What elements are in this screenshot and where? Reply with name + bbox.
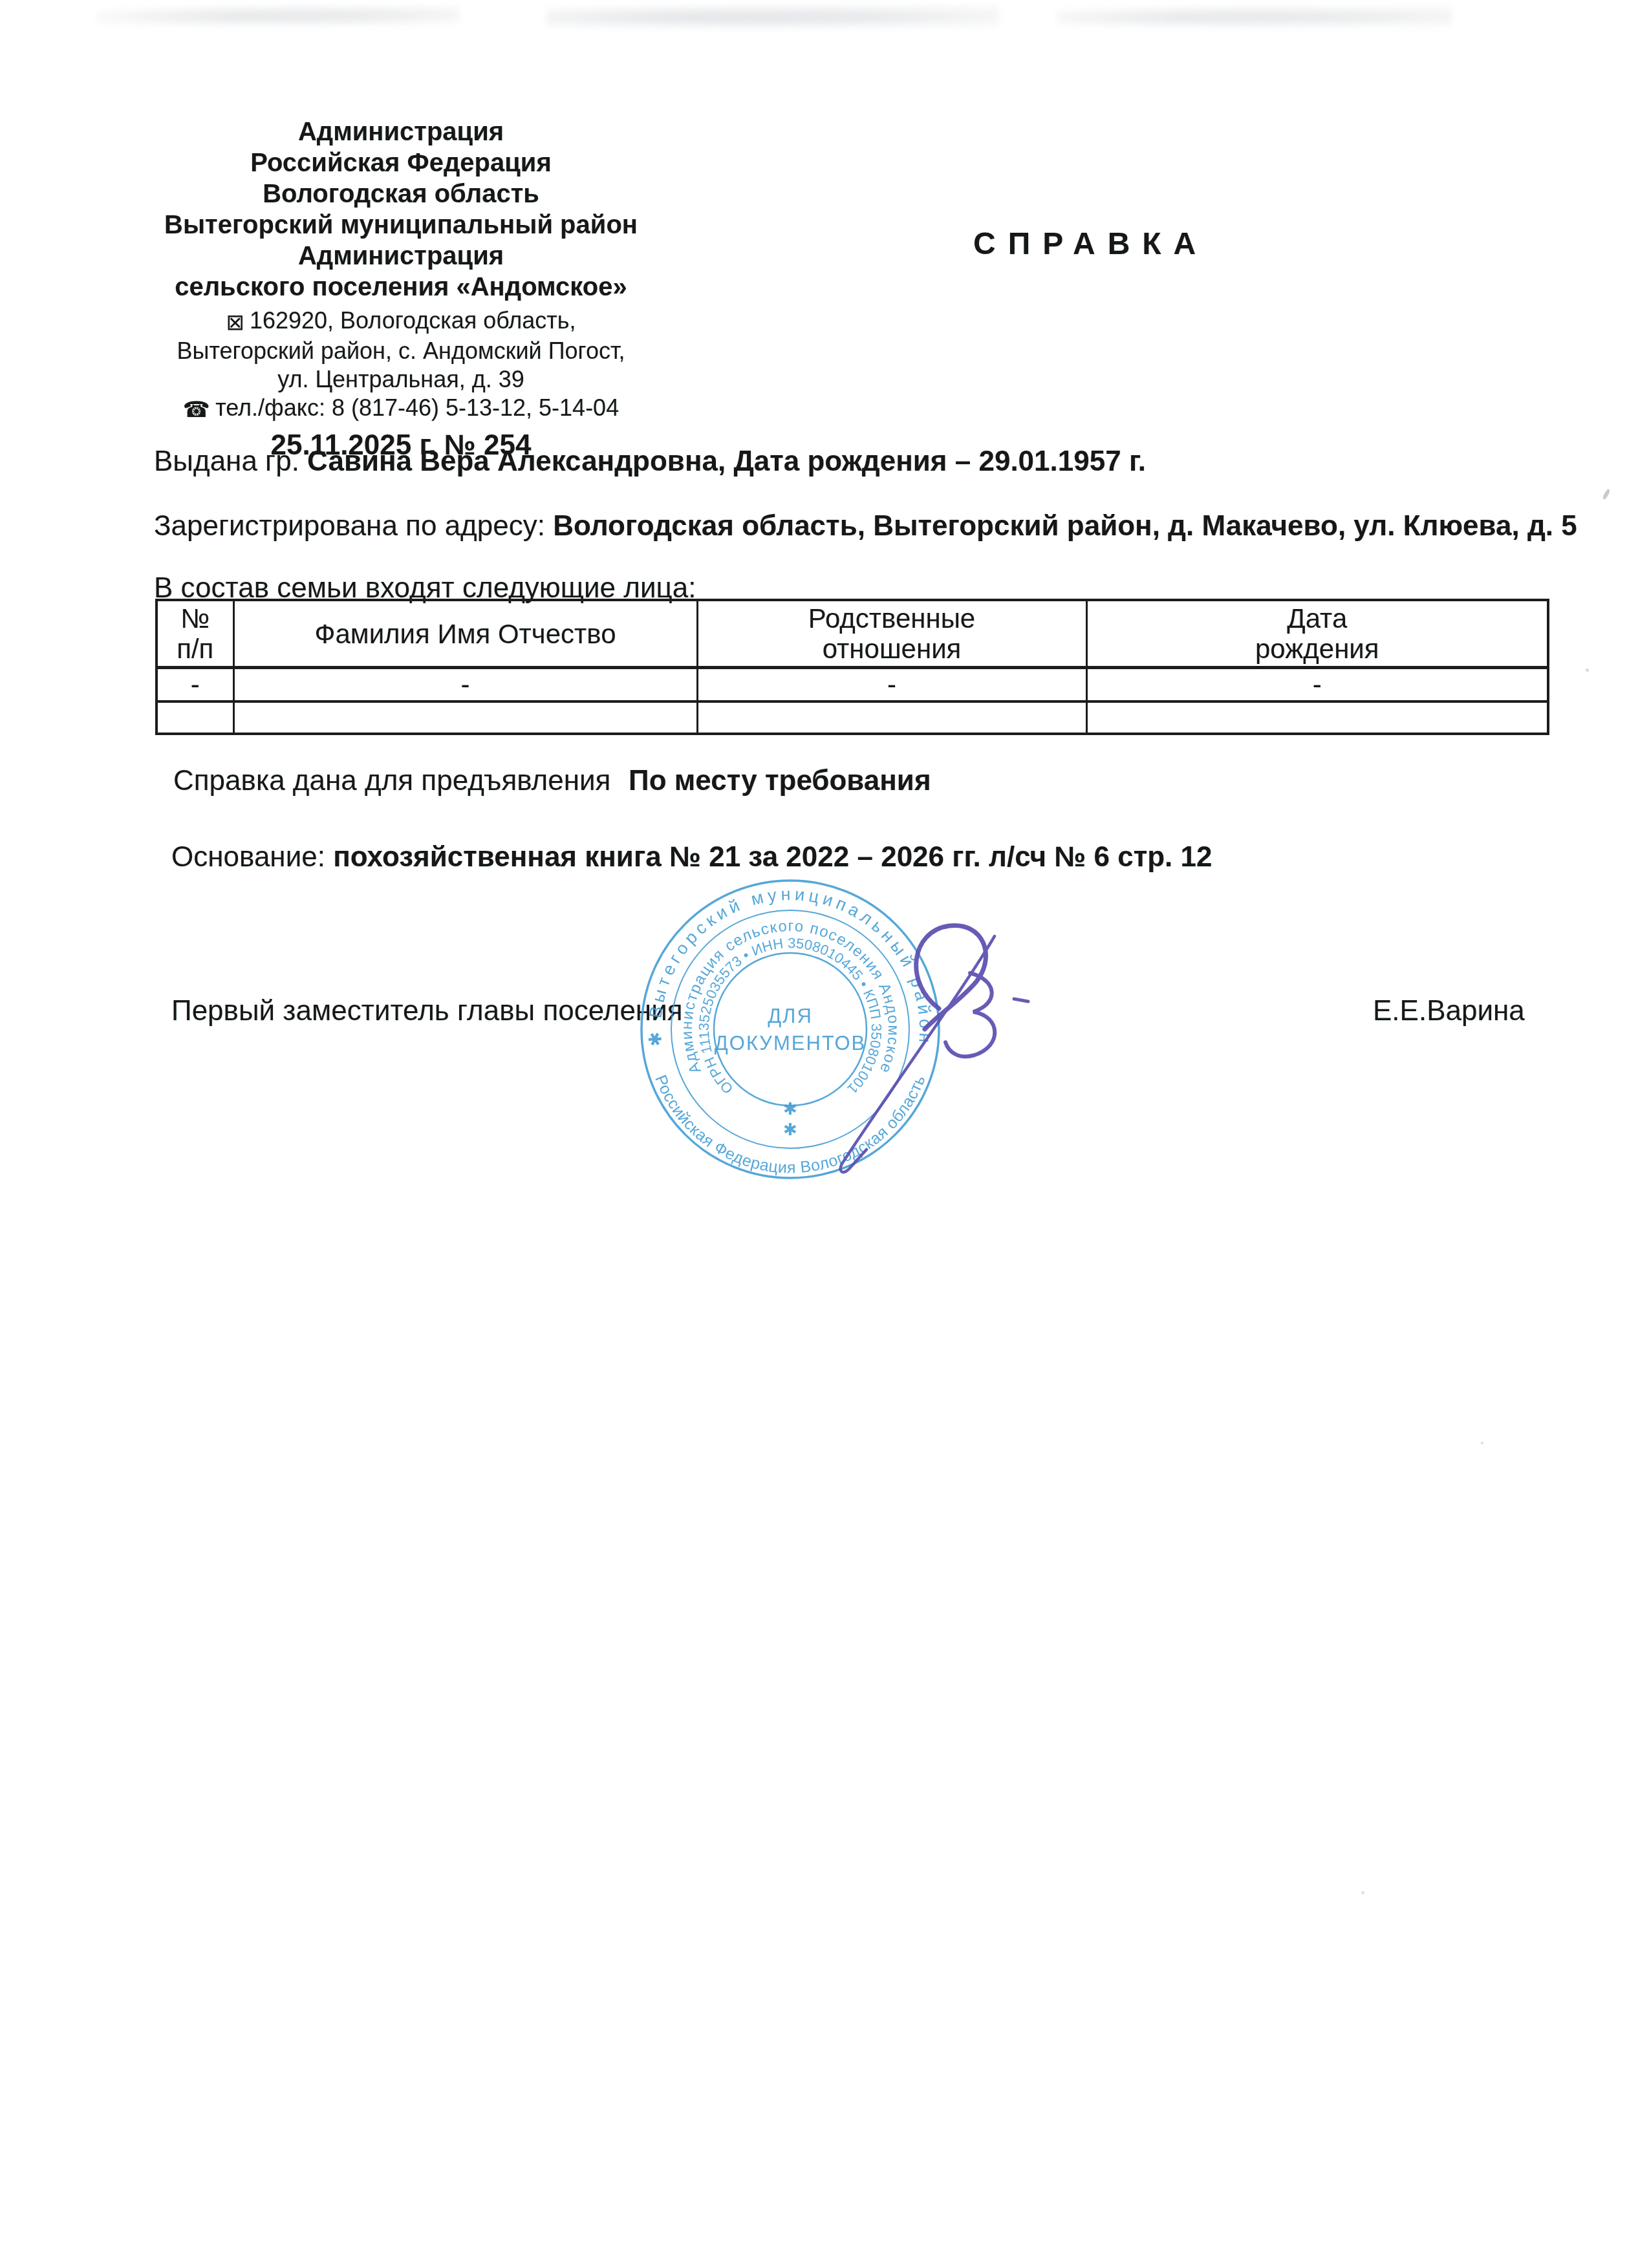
person-name-and-birthdate: Савина Вера Александровна, Дата рождения… [307,445,1146,477]
issued-prefix: Выдана гр. [154,445,307,477]
header-line: п/п [158,634,233,664]
table-cell [697,701,1086,734]
scan-artifact [1586,669,1589,672]
scan-artifact [97,5,459,28]
table-cell [1086,701,1548,734]
header-line: Дата [1088,603,1547,634]
signature-ink [815,902,1048,1199]
address-line: ул. Центральная, д. 39 [91,365,711,394]
issued-to-line: Выдана гр. Савина Вера Александровна, Да… [154,445,1146,478]
signer-position-title: Первый заместитель главы поселения [171,994,683,1028]
header-number: № п/п [156,600,233,668]
table-cell [233,701,697,734]
basis-prefix: Основание: [171,841,333,873]
registered-address-value: Вологодская область, Вытегорский район, … [553,510,1577,542]
basis-value: похозяйственная книга № 21 за 2022 – 202… [333,841,1212,873]
table-cell [156,701,233,734]
header-line: Родственные [698,603,1086,634]
address-line: ⊠162920, Вологодская область, [91,306,711,337]
scan-artifact [1057,5,1452,30]
purpose-value: По месту требования [629,764,931,798]
org-name-line: Администрация [91,116,711,147]
org-name-line: сельского поселения «Андомское» [91,272,711,303]
header-birth-date: Дата рождения [1086,600,1548,668]
scanned-certificate-page: Администрация Российская Федерация Волог… [0,0,1649,2268]
scan-artifact [1361,1891,1364,1894]
table-cell: - [156,668,233,702]
header-line: Фамилия Имя Отчество [235,619,696,649]
table-cell: - [233,668,697,702]
header-line: отношения [698,634,1086,664]
scan-artifact [1602,489,1610,500]
family-members-table: № п/п Фамилия Имя Отчество Родственные о… [155,599,1549,735]
org-name-line: Администрация [91,241,711,272]
letterhead-address: ⊠162920, Вологодская область, Вытегорски… [91,306,711,424]
scan-artifact [1481,1442,1483,1444]
table-row [156,701,1548,734]
address-text: 162920, Вологодская область, [250,307,576,334]
table-header-row: № п/п Фамилия Имя Отчество Родственные о… [156,600,1548,668]
purpose-prefix: Справка дана для предъявления [173,765,610,797]
scan-artifact [546,4,999,31]
signer-name: Е.Е.Варина [1373,994,1525,1028]
header-line: № [158,603,233,634]
stamp-asterisk: ✱ [783,1099,797,1118]
table-row: - - - - [156,668,1548,702]
org-name-line: Вытегорский муниципальный район [91,209,711,241]
letterhead: Администрация Российская Федерация Волог… [91,116,711,462]
envelope-icon: ⊠ [226,310,244,335]
basis-line: Основание: похозяйственная книга № 21 за… [171,840,1212,874]
signature-dash [1014,999,1028,1001]
header-line: рождения [1088,634,1547,664]
org-name-line: Вологодская область [91,178,711,209]
purpose-line: Справка дана для предъявления По месту т… [173,764,1337,798]
document-title: СПРАВКА [973,226,1208,262]
phone-icon: ☎ [183,398,210,422]
header-relationship: Родственные отношения [697,600,1086,668]
header-full-name: Фамилия Имя Отчество [233,600,697,668]
stamp-asterisk: ✱ [783,1120,797,1139]
phone-text: тел./факс: 8 (817-46) 5-13-12, 5-14-04 [215,394,619,421]
stamp-center-line1: ДЛЯ [768,1005,813,1027]
address-line: ☎тел./факс: 8 (817-46) 5-13-12, 5-14-04 [91,394,711,424]
org-name-line: Российская Федерация [91,147,711,178]
registered-address-line: Зарегистрирована по адресу: Вологодская … [154,509,1577,543]
registered-prefix: Зарегистрирована по адресу: [154,510,553,542]
address-line: Вытегорский район, с. Андомский Погост, [91,337,711,365]
table-cell: - [1086,668,1548,702]
table-cell: - [697,668,1086,702]
